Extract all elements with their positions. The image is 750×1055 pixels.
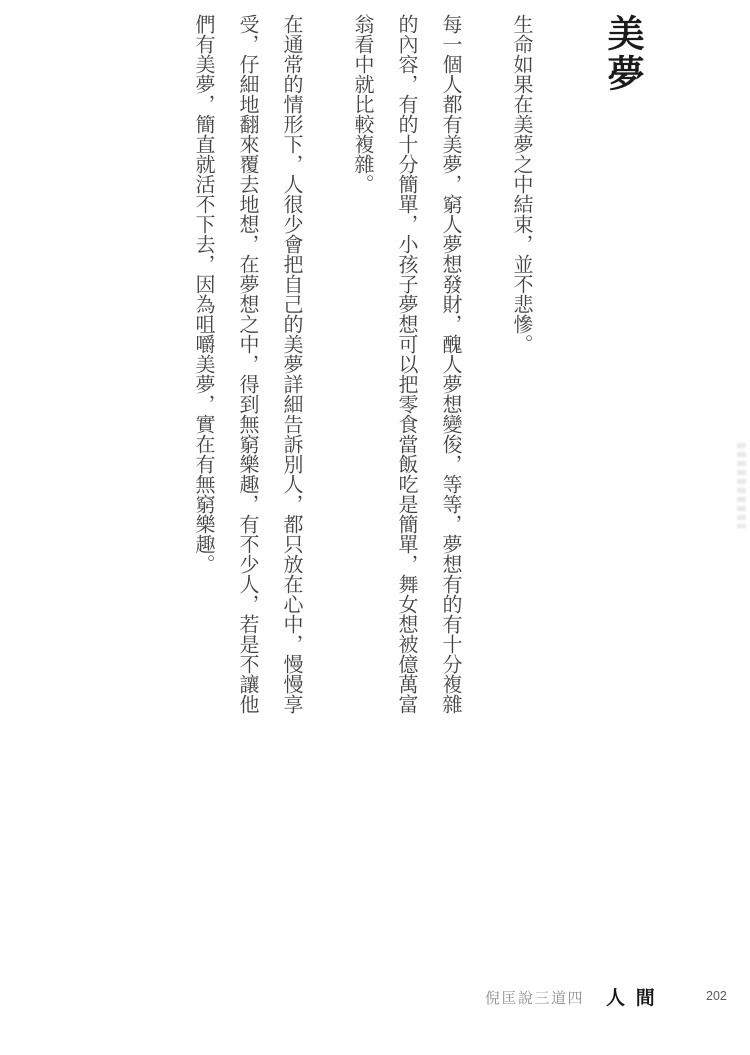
page-edge-showthrough	[737, 443, 746, 528]
page-footer: 倪匡說三道四 人 間 202	[0, 982, 750, 1014]
paragraph-3: 在通常的情形下，人很少會把自己的美夢詳細告訴別人，都只放在心中，慢慢享受，仔細地…	[181, 14, 313, 714]
page-number: 202	[706, 989, 727, 1003]
paragraph-2: 每一個人都有美夢，窮人夢想發財，醜人夢想變俊，等等，夢想有的有十分複雜的內容，有…	[340, 14, 472, 714]
section-title: 人 間	[606, 983, 655, 1010]
book-title: 倪匡說三道四	[485, 987, 584, 1008]
paragraph-1: 生命如果在美夢之中結束，並不悲慘。	[499, 14, 543, 714]
chapter-title: 美夢	[599, 14, 643, 714]
vertical-text-block: 美夢 生命如果在美夢之中結束，並不悲慘。 每一個人都有美夢，窮人夢想發財，醜人夢…	[181, 14, 643, 714]
book-page: 美夢 生命如果在美夢之中結束，並不悲慘。 每一個人都有美夢，窮人夢想發財，醜人夢…	[0, 0, 750, 1055]
